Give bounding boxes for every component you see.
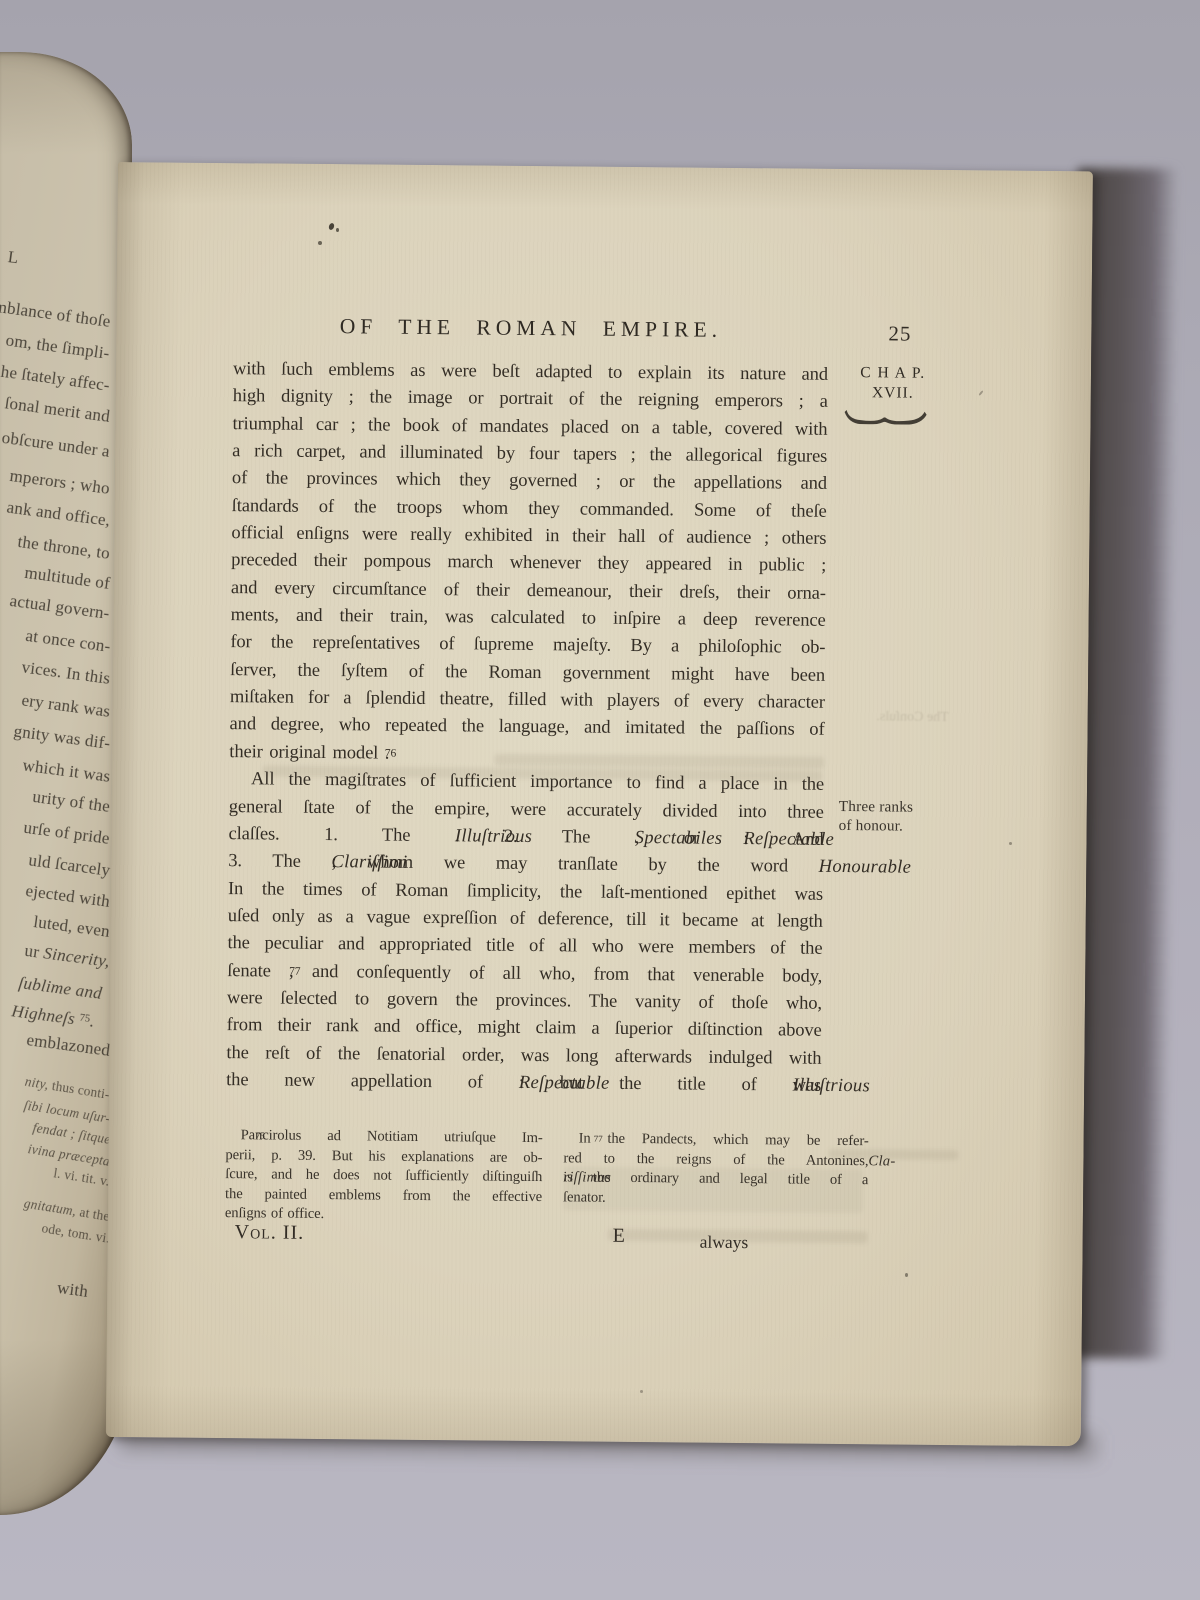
ink-speck [640, 1390, 643, 1393]
left-page-text-fragment: uld ſcarcely [27, 851, 111, 879]
left-page-text-fragment: L [7, 248, 20, 266]
ink-speck [1009, 842, 1012, 845]
ink-speck [318, 241, 322, 245]
bleedthrough-text: The Conſuls. [839, 709, 949, 726]
left-page-text-fragment: gnity was dif- [12, 722, 111, 752]
left-page-text-fragment: nity, thus conti- [24, 1075, 111, 1101]
left-page-text-fragment: fendat ; ſitque [31, 1121, 111, 1146]
body-text: with ſuch emblems as were beſt adapted t… [226, 356, 828, 1100]
left-page-text-fragment: l. vi. tit. v. [53, 1166, 111, 1188]
margin-note-line: Three ranks [839, 797, 959, 817]
chapter-marginal: C H A P. XVII. [828, 363, 958, 404]
body-line: the new appellation of Reſpectable : but… [226, 1067, 821, 1100]
ink-speck [336, 228, 339, 232]
signature-mark: E [613, 1225, 625, 1248]
footnote-line: riſſimus is the ordinary and legal title… [563, 1169, 868, 1192]
left-page-text-fragment: at once con- [24, 627, 111, 655]
chapter-number: XVII. [828, 383, 958, 404]
left-page-text-fragment: Highneſs 75. [10, 1002, 95, 1030]
page-number: 25 [888, 321, 948, 347]
footnote-column-right: 77 In the Pandects, which may be refer-r… [563, 1129, 869, 1210]
left-page-text-fragment: emblazoned [25, 1031, 111, 1059]
left-page-text-fragment: he ſtately affec- [0, 363, 111, 394]
book-photo: { "colors": { "background": "#b3b0bc", "… [0, 0, 1200, 1600]
volume-label: Vol. II. [235, 1221, 305, 1245]
margin-note-three-ranks: Three ranks of honour. [839, 797, 959, 836]
left-page-text-fragment: ank and office, [6, 498, 111, 528]
left-page-text-fragment: ode, tom. vi. [41, 1221, 111, 1245]
left-page-text-fragment: the throne, to [17, 533, 111, 562]
left-page-text-fragment: which it was [21, 757, 111, 785]
chapter-brace-mark [844, 406, 930, 425]
margin-note-line: of honour. [839, 816, 959, 836]
left-page-text-fragment: ur Sincerity, [24, 942, 111, 970]
ink-speck [905, 1273, 908, 1277]
left-page-text-fragment: ſublime and [18, 974, 104, 1002]
left-page-text-fragment: gnitatum, at the [24, 1197, 112, 1224]
left-page-text-fragment: urſe of pride [23, 819, 111, 847]
chapter-label: C H A P. [860, 364, 926, 382]
left-page-text-fragment: ivina præcepta [27, 1142, 111, 1168]
left-page-text-fragment: mblance of thoſe [0, 298, 111, 330]
footnote-line: ſenator. [563, 1188, 868, 1211]
left-page-text-fragment: ſonal merit and [4, 394, 111, 425]
left-page-text-fragment: multitude of [24, 564, 111, 592]
footnote-column-left: 75 Pancirolus ad Notitiam utriuſque Im-p… [225, 1126, 543, 1227]
footnote-line: 77 In the Pandects, which may be refer- [564, 1129, 869, 1152]
catchword: always [700, 1232, 749, 1253]
left-page-text-fragment: actual govern- [9, 592, 111, 622]
left-page-text-fragment: urity of the [32, 788, 111, 815]
footnote-line: 75 Pancirolus ad Notitiam utriuſque Im- [226, 1126, 543, 1149]
left-page-text-fragment: om, the ſimpli- [5, 331, 111, 361]
running-header: OF THE ROMAN EMPIRE. [233, 313, 828, 344]
left-page-text-fragment: ery rank was [20, 691, 111, 720]
left-page-text-fragment: obſcure under a [1, 429, 111, 460]
right-page: OF THE ROMAN EMPIRE. 25 C H A P. XVII. T… [106, 162, 1093, 1446]
left-page-text-fragment: vices. In this [20, 658, 111, 686]
left-page-text-fragment: mperors ; who [9, 467, 111, 497]
left-page-text-fragment: with [56, 1279, 89, 1300]
left-page-text-fragment: luted, even [33, 913, 111, 940]
footnote-line: ſcure, and he does not ſufficiently diſt… [225, 1165, 542, 1188]
left-page-text-fragment: ejected with [25, 882, 112, 910]
